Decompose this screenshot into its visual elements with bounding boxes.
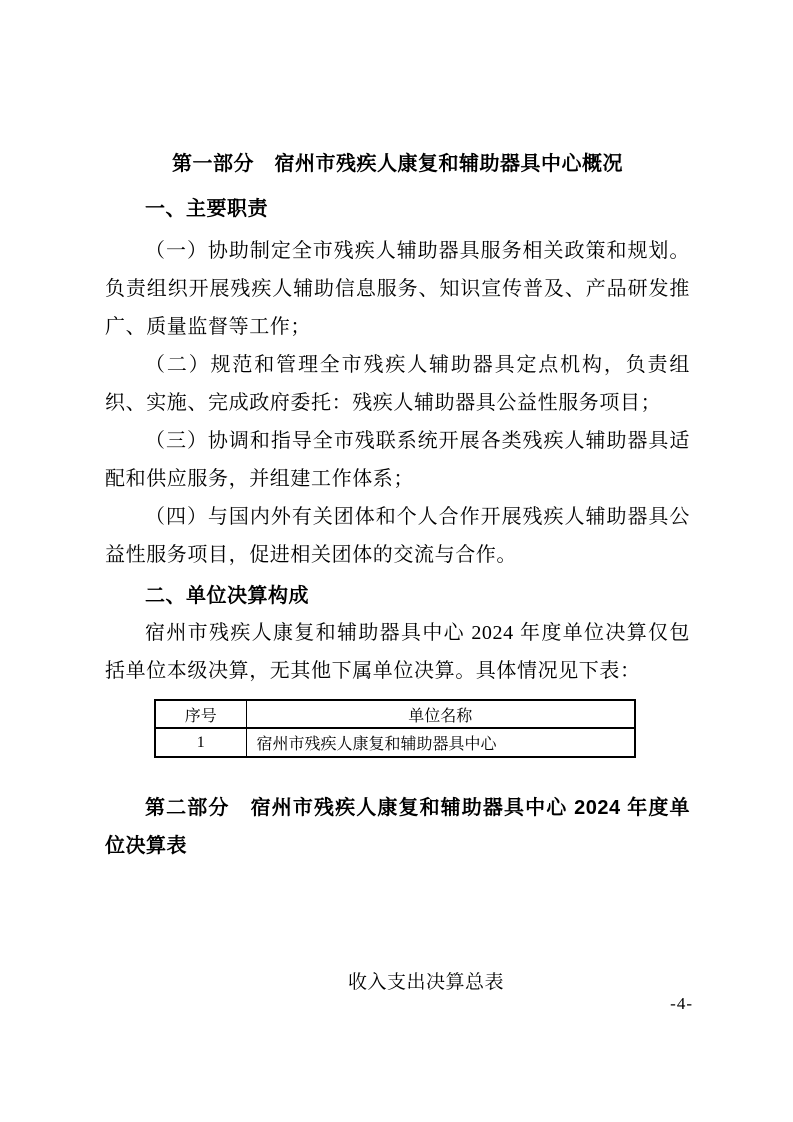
page-number: -4- <box>670 994 693 1014</box>
part2-title: 第二部分 宿州市残疾人康复和辅助器具中心 2024 年度单位决算表 <box>105 789 690 865</box>
cell-unit-name: 宿州市残疾人康复和辅助器具中心 <box>246 728 635 757</box>
unit-composition-table: 序号 单位名称 1 宿州市残疾人康复和辅助器具中心 <box>154 699 636 758</box>
duty-paragraph-3: （三）协调和指导全市残联系统开展各类残疾人辅助器具适配和供应服务，并组建工作体系… <box>105 422 690 498</box>
section2-intro: 宿州市残疾人康复和辅助器具中心 2024 年度单位决算仅包括单位本级决算，无其他… <box>105 614 690 690</box>
table-header-row: 序号 单位名称 <box>155 700 635 728</box>
section1-heading: 一、主要职责 <box>105 195 690 223</box>
duty-paragraph-1: （一）协助制定全市残疾人辅助器具服务相关政策和规划。负责组织开展残疾人辅助信息服… <box>105 232 690 346</box>
duty-paragraph-2: （二）规范和管理全市残疾人辅助器具定点机构，负责组织、实施、完成政府委托：残疾人… <box>105 346 690 422</box>
part1-title: 第一部分 宿州市残疾人康复和辅助器具中心概况 <box>105 150 690 178</box>
duty-paragraph-4: （四）与国内外有关团体和个人合作开展残疾人辅助器具公益性服务项目，促进相关团体的… <box>105 498 690 574</box>
document-page: 第一部分 宿州市残疾人康复和辅助器具中心概况 一、主要职责 （一）协助制定全市残… <box>0 0 793 1122</box>
section2-heading: 二、单位决算构成 <box>105 582 690 610</box>
table-row: 1 宿州市残疾人康复和辅助器具中心 <box>155 728 635 757</box>
next-table-title: 收入支出决算总表 <box>348 969 690 997</box>
cell-seq: 1 <box>155 728 246 757</box>
column-header-unit-name: 单位名称 <box>246 700 635 728</box>
column-header-seq: 序号 <box>155 700 246 728</box>
